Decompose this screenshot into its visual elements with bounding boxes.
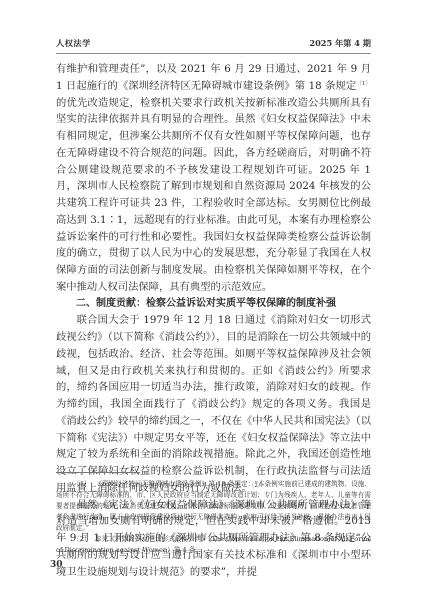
paragraph-2: 联合国大会于 1979 年 12 月 18 日通过《消除对妇女一切形式歧视公约》… bbox=[56, 312, 371, 496]
running-head: 人权法学 2025 年第 4 期 bbox=[56, 38, 371, 50]
footnote-marker: 〔2〕 bbox=[73, 535, 91, 543]
footnotes: 〔1〕 《深圳经济特区无障碍城市建设条例》第 18 条规定：“本条例实施前已建成… bbox=[56, 479, 371, 556]
page-number: 30 bbox=[50, 560, 63, 570]
header-rule bbox=[56, 53, 371, 54]
issue-label: 2025 年第 4 期 bbox=[309, 38, 371, 49]
journal-title: 人权法学 bbox=[56, 38, 91, 49]
paragraph-1: 有维护和管理责任”，以及 2021 年 6 月 29 日通过、2021 年 9 … bbox=[56, 61, 371, 296]
footnote-marker: 〔1〕 bbox=[73, 480, 91, 488]
footnote-1: 〔1〕 《深圳经济特区无障碍城市建设条例》第 18 条规定：“本条例实施前已建成… bbox=[56, 479, 371, 534]
section-heading: 二、制度贡献：检察公益诉讼对实质平等权保障的制度补强 bbox=[56, 296, 371, 313]
journal-page: 人权法学 2025 年第 4 期 有维护和管理责任”，以及 2021 年 6 月… bbox=[0, 0, 427, 601]
footnote-ref-1[interactable]: 〔1〕 bbox=[356, 81, 371, 87]
footnote-2: 〔2〕 参见《消除对妇女一切形式歧视公约》（The Convention on … bbox=[56, 534, 371, 556]
footnote-rule bbox=[56, 472, 140, 473]
